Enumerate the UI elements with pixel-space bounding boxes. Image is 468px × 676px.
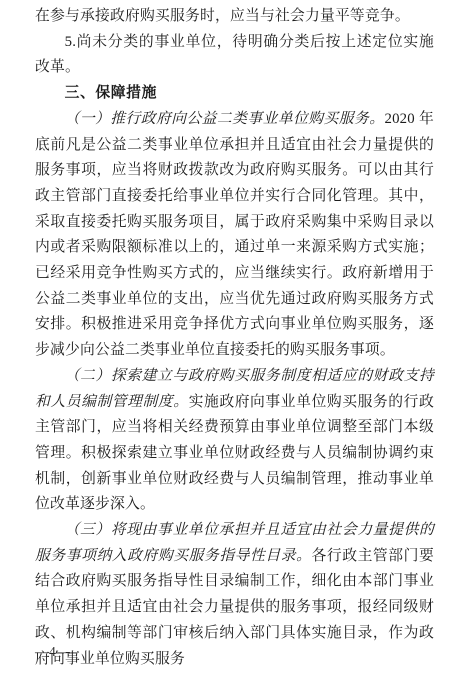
text-segment-fangsong: 在参与承接政府购买服务时，应当与社会力量平等竞争。 xyxy=(35,8,410,24)
document-body: 在参与承接政府购买服务时，应当与社会力量平等竞争。5.尚未分类的事业单位，待明确… xyxy=(35,4,434,672)
text-segment-fangsong: 各行政主管部门要结合政府购买服务指导性目录编制工作，细化由本部门事业单位承担并且… xyxy=(35,548,434,667)
page-number: —4— xyxy=(35,644,70,660)
text-segment-fangsong: 2020 年底前凡是公益二类事业单位承担并且适宜由社会力量提供的服务事项，应当将… xyxy=(35,111,434,358)
text-segment-kaiti: （一）推行政府向公益二类事业单位购买服务。 xyxy=(65,111,385,127)
text-segment-fangsong: 5.尚未分类的事业单位，待明确分类后按上述定位实施改革。 xyxy=(35,34,434,76)
text-segment-fangsong: 实施政府向事业单位购买服务的行政主管部门，应当将相关经费预算由事业单位调整至部门… xyxy=(35,394,434,513)
section-heading: 三、保障措施 xyxy=(35,81,434,107)
text-segment-heiti: 三、保障措施 xyxy=(65,85,157,101)
paragraph: 在参与承接政府购买服务时，应当与社会力量平等竞争。 xyxy=(35,4,434,30)
document-page: 在参与承接政府购买服务时，应当与社会力量平等竞争。5.尚未分类的事业单位，待明确… xyxy=(0,0,468,676)
paragraph: （一）推行政府向公益二类事业单位购买服务。2020 年底前凡是公益二类事业单位承… xyxy=(35,107,434,364)
paragraph: （三）将现由事业单位承担并且适宜由社会力量提供的服务事项纳入政府购买服务指导性目… xyxy=(35,518,434,672)
paragraph: （二）探索建立与政府购买服务制度相适应的财政支持和人员编制管理制度。实施政府向事… xyxy=(35,364,434,518)
paragraph: 5.尚未分类的事业单位，待明确分类后按上述定位实施改革。 xyxy=(35,30,434,81)
